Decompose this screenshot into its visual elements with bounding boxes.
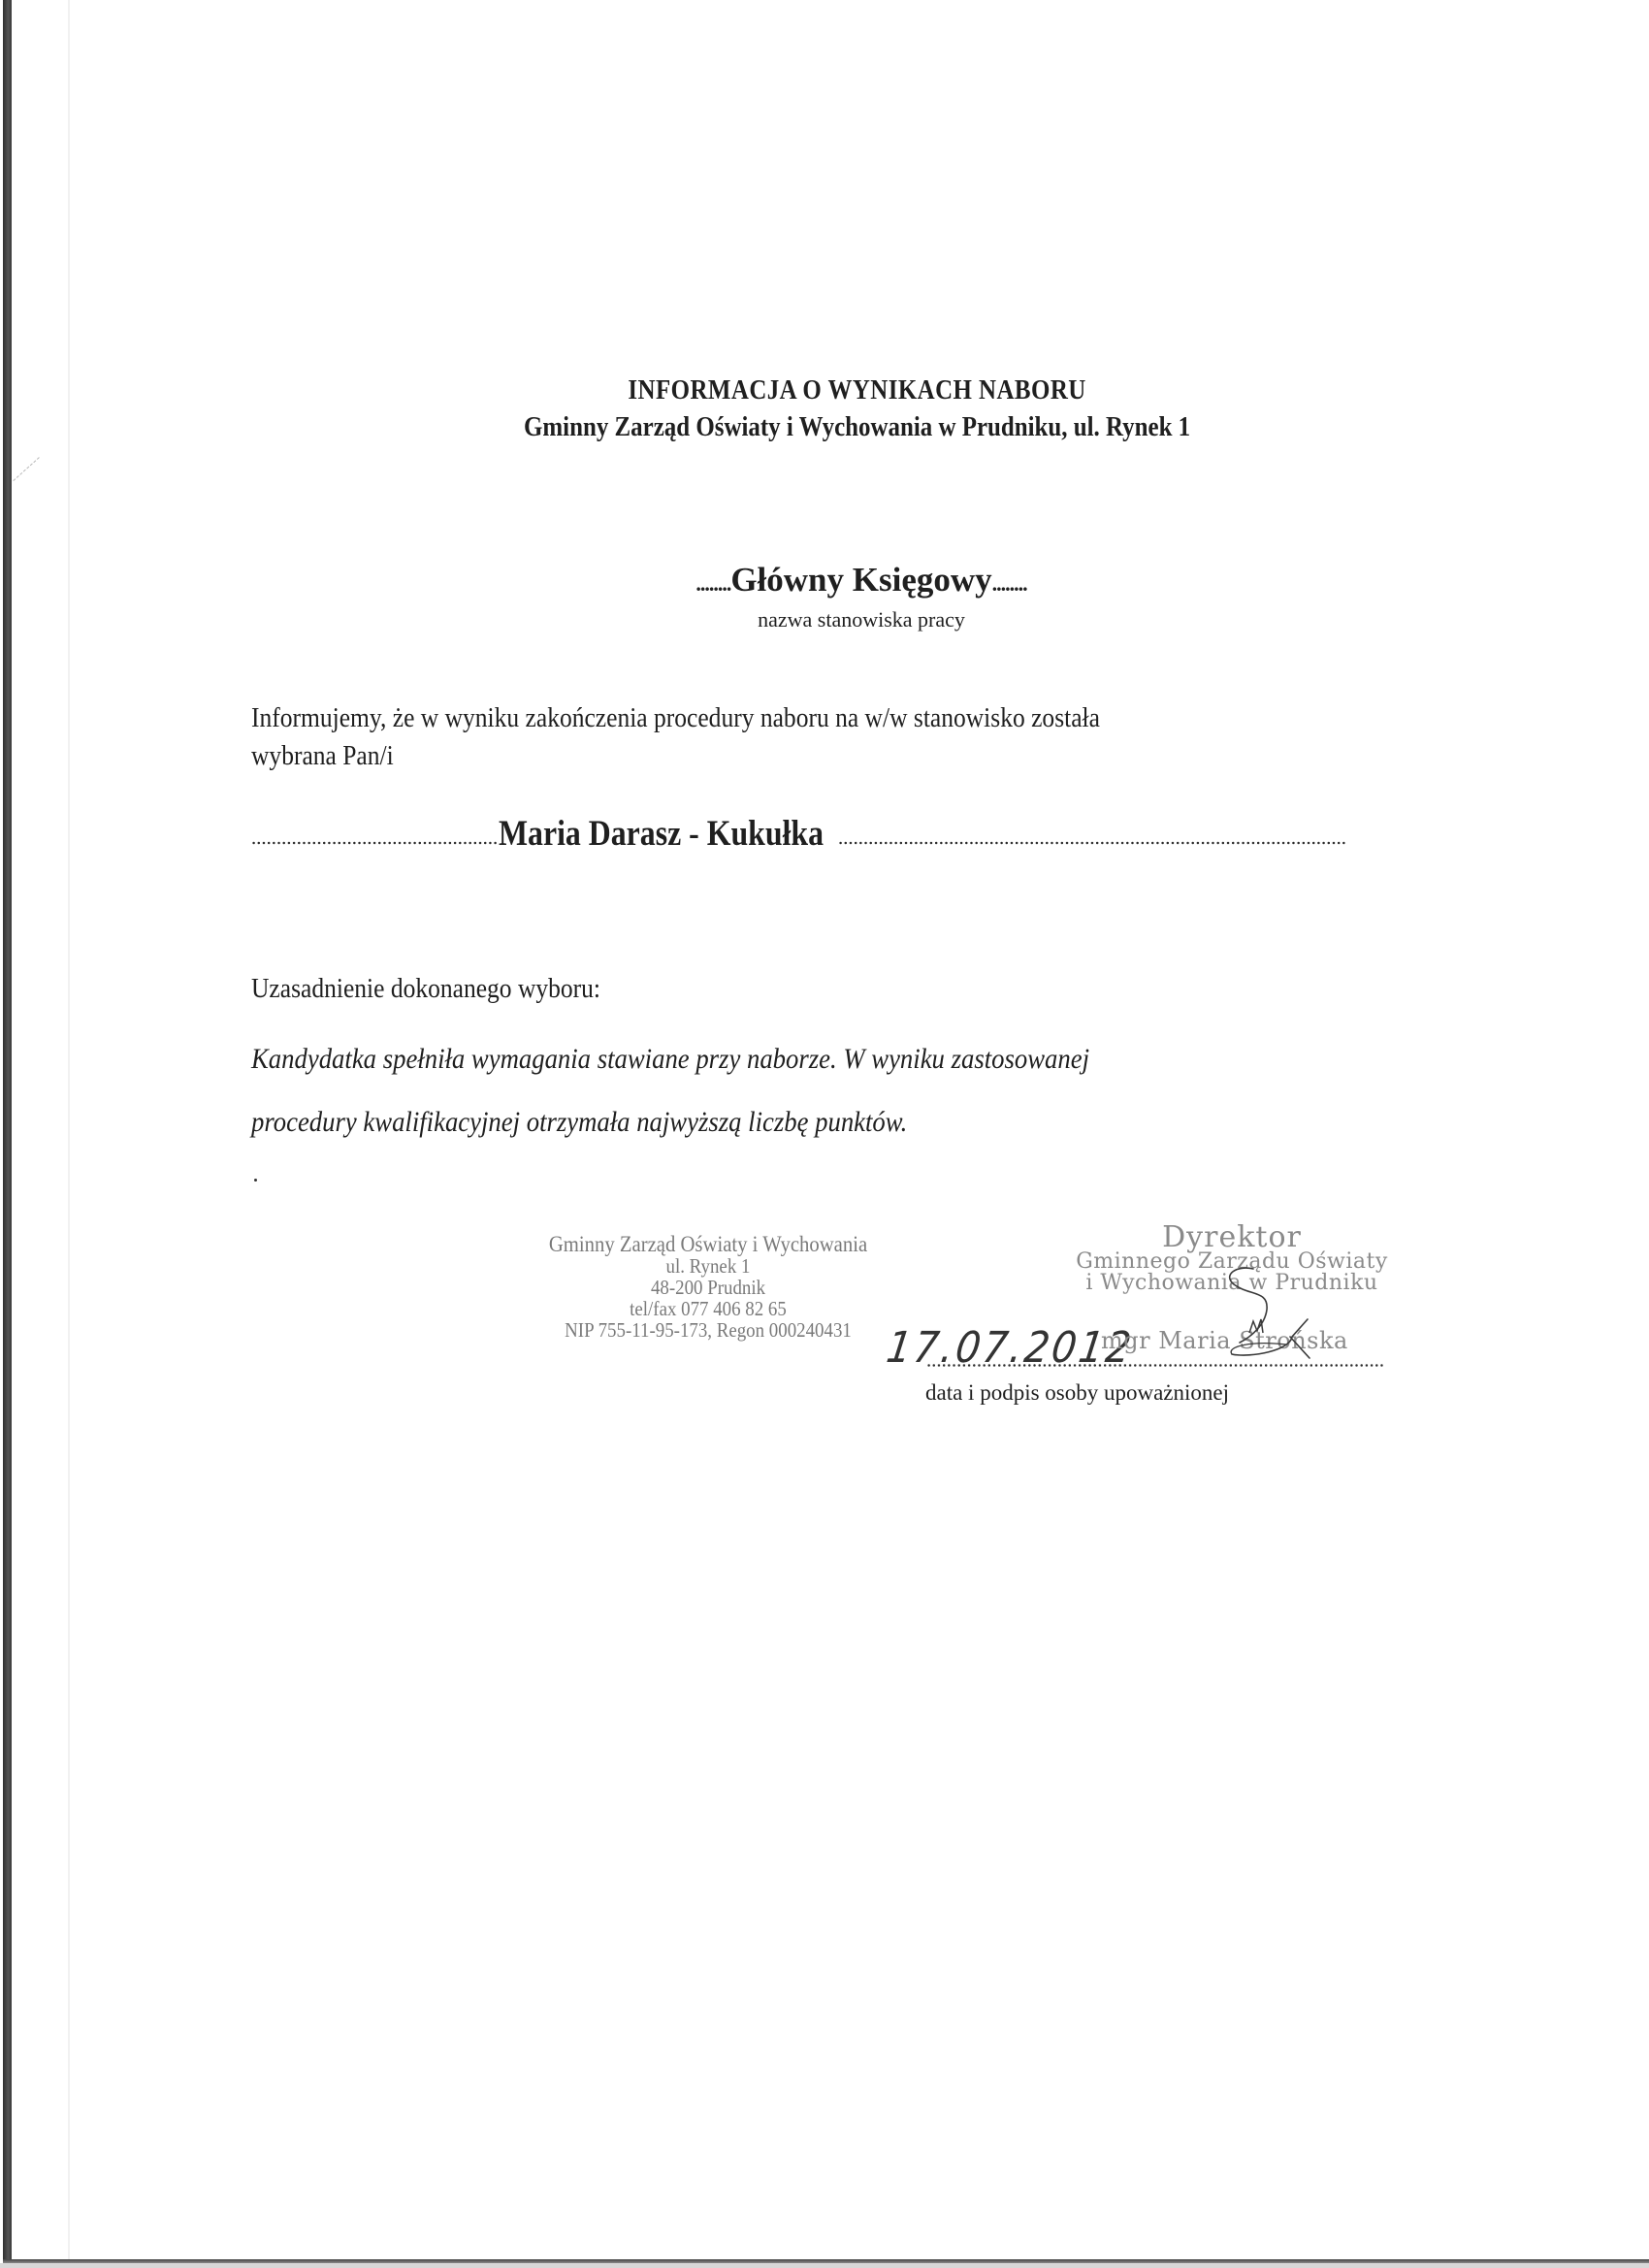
stamp-line: tel/fax 077 406 82 65 [542, 1298, 874, 1319]
selected-candidate-name: Maria Darasz - Kukułka [499, 813, 824, 855]
signature-caption: data i podpis osoby upoważnionej [925, 1380, 1229, 1406]
position-leading-dots: ........ [695, 571, 730, 596]
signature-icon [1193, 1261, 1348, 1368]
body-line-2: wybrana Pan/i [251, 737, 394, 774]
document-title: INFORMACJA O WYNIKACH NABORU [120, 374, 1595, 406]
position-title-row: ........Główny Księgowy........ [0, 561, 1649, 599]
stamp-line: ul. Rynek 1 [542, 1255, 874, 1277]
stray-mark [254, 1179, 257, 1182]
director-title: Dyrektor [1038, 1224, 1426, 1251]
stamp-line: NIP 755-11-95-173, Regon 000240431 [542, 1319, 874, 1341]
dot-leader-after [838, 841, 1347, 845]
selected-candidate-row: Maria Darasz - Kukułka [251, 813, 1347, 855]
position-trailing-dots: ........ [992, 571, 1027, 596]
stamp-line: Gminny Zarząd Oświaty i Wychowania [542, 1234, 874, 1255]
stamp-line: 48-200 Prudnik [542, 1277, 874, 1298]
scan-edge-bottom [0, 2263, 1649, 2268]
position-name: Główny Księgowy [730, 561, 991, 599]
document-subtitle: Gminny Zarząd Oświaty i Wychowania w Pru… [120, 411, 1595, 443]
body-line-1: Informujemy, że w wyniku zakończenia pro… [251, 699, 1100, 736]
institution-stamp: Gminny Zarząd Oświaty i Wychowania ul. R… [524, 1234, 892, 1341]
position-caption: nazwa stanowiska pracy [0, 607, 1649, 632]
dot-leader-before [251, 841, 499, 845]
signature-dot-leader [926, 1363, 1384, 1368]
justification-line-2: procedury kwalifikacyjnej otrzymała najw… [251, 1106, 907, 1139]
justification-line-1: Kandydatka spełniła wymagania stawiane p… [251, 1043, 1089, 1076]
scan-mark [13, 457, 40, 482]
justification-label: Uzasadnienie dokonanego wyboru: [251, 973, 600, 1005]
scan-border-left [3, 0, 12, 2260]
scan-shadow-line [68, 0, 70, 2260]
